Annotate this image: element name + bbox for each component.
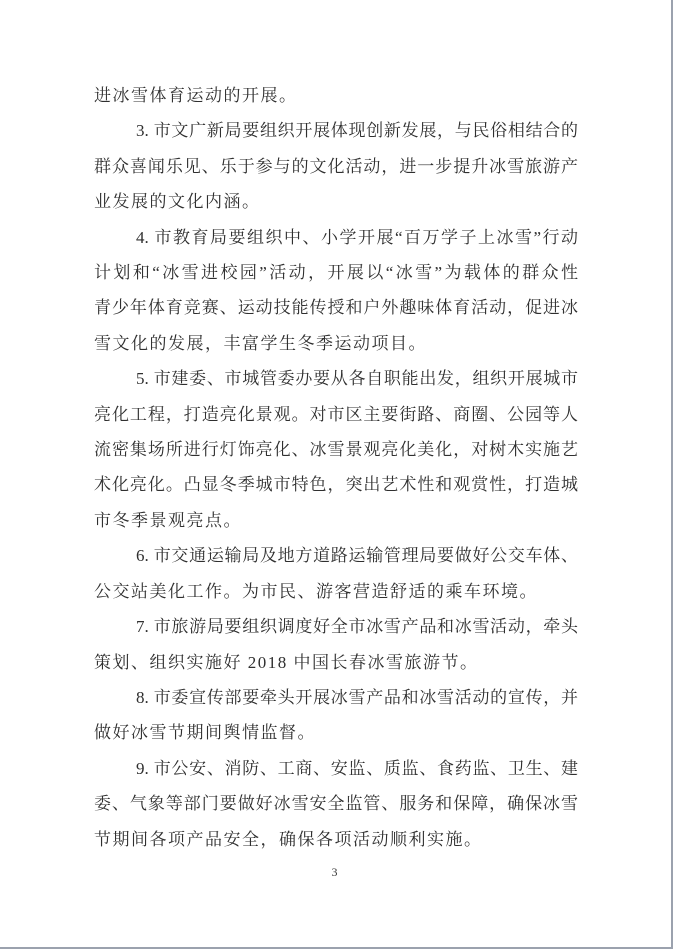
doc-line: 6. 市交通运输局及地方道路运输管理局要做好公交车体、 [94,538,578,573]
page-number: 3 [0,865,669,880]
paragraph-9: 9. 市公安、消防、工商、安监、质监、食药监、卫生、建 委、气象等部门要做好冰雪… [94,751,578,857]
paragraph-5: 5. 市建委、市城管委办要从各自职能出发，组织开展城市 亮化工程，打造亮化景观。… [94,361,578,538]
paragraph-continuation: 进冰雪体育运动的开展。 [94,78,578,113]
doc-line: 5. 市建委、市城管委办要从各自职能出发，组织开展城市 [94,361,578,396]
doc-line: 4. 市教育局要组织中、小学开展“百万学子上冰雪”行动 [94,220,578,255]
paragraph-8: 8. 市委宣传部要牵头开展冰雪产品和冰雪活动的宣传，并 做好冰雪节期间舆情监督。 [94,680,578,751]
doc-line: 策划、组织实施好 2018 中国长春冰雪旅游节。 [94,645,578,680]
doc-line: 委、气象等部门要做好冰雪安全监管、服务和保障，确保冰雪 [94,786,578,821]
paragraph-4: 4. 市教育局要组织中、小学开展“百万学子上冰雪”行动 计划和“冰雪进校园”活动… [94,220,578,362]
doc-line: 业发展的文化内涵。 [94,184,578,219]
paragraph-7: 7. 市旅游局要组织调度好全市冰雪产品和冰雪活动，牵头 策划、组织实施好 201… [94,609,578,680]
doc-line: 青少年体育竞赛、运动技能传授和户外趣味体育活动，促进冰 [94,290,578,325]
doc-line: 雪文化的发展，丰富学生冬季运动项目。 [94,326,578,361]
paragraph-3: 3. 市文广新局要组织开展体现创新发展，与民俗相结合的 群众喜闻乐见、乐于参与的… [94,113,578,219]
document-page: 进冰雪体育运动的开展。 3. 市文广新局要组织开展体现创新发展，与民俗相结合的 … [0,0,673,949]
paragraph-6: 6. 市交通运输局及地方道路运输管理局要做好公交车体、 公交站美化工作。为市民、… [94,538,578,609]
doc-line: 9. 市公安、消防、工商、安监、质监、食药监、卫生、建 [94,751,578,786]
doc-line: 群众喜闻乐见、乐于参与的文化活动，进一步提升冰雪旅游产 [94,149,578,184]
doc-line: 市冬季景观亮点。 [94,503,578,538]
doc-line: 术化亮化。凸显冬季城市特色，突出艺术性和观赏性，打造城 [94,467,578,502]
doc-line: 计划和“冰雪进校园”活动，开展以“冰雪”为载体的群众性 [94,255,578,290]
doc-line: 8. 市委宣传部要牵头开展冰雪产品和冰雪活动的宣传，并 [94,680,578,715]
doc-line: 节期间各项产品安全，确保各项活动顺利实施。 [94,822,578,857]
doc-line: 进冰雪体育运动的开展。 [94,78,578,113]
doc-line: 7. 市旅游局要组织调度好全市冰雪产品和冰雪活动，牵头 [94,609,578,644]
doc-line: 做好冰雪节期间舆情监督。 [94,715,578,750]
doc-line: 3. 市文广新局要组织开展体现创新发展，与民俗相结合的 [94,113,578,148]
doc-line: 公交站美化工作。为市民、游客营造舒适的乘车环境。 [94,574,578,609]
doc-line: 流密集场所进行灯饰亮化、冰雪景观亮化美化，对树木实施艺 [94,432,578,467]
text-block: 进冰雪体育运动的开展。 3. 市文广新局要组织开展体现创新发展，与民俗相结合的 … [94,78,578,857]
doc-line: 亮化工程，打造亮化景观。对市区主要街路、商圈、公园等人 [94,397,578,432]
